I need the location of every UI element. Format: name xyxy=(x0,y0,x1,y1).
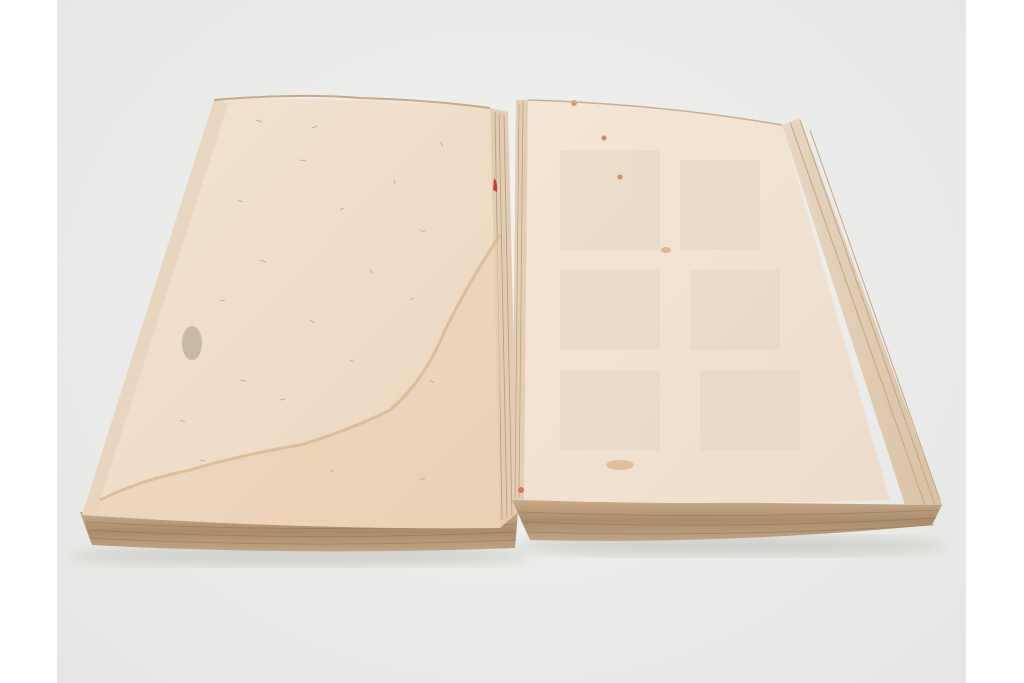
photo-scene xyxy=(0,0,1024,683)
left-volume xyxy=(80,96,518,551)
right-volume xyxy=(512,100,942,541)
